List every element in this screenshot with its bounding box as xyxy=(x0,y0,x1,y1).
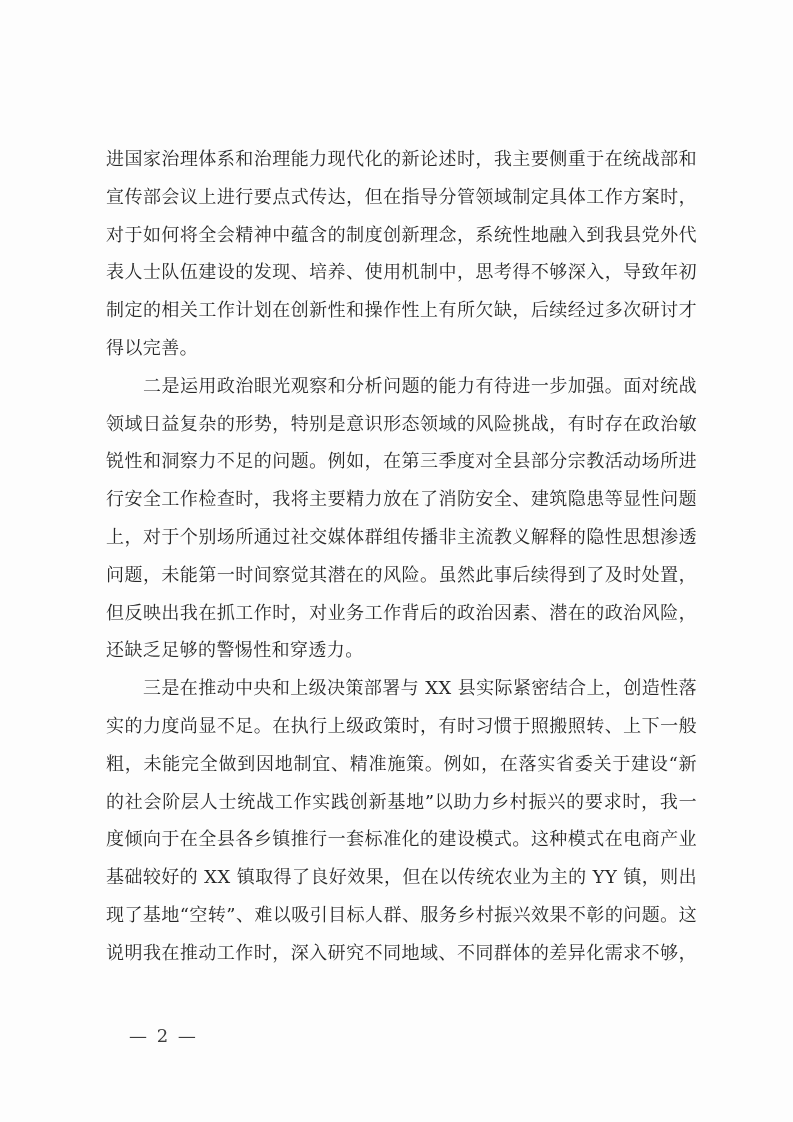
text-line: 进国家治理体系和治理能力现代化的新论述时，我主要侧重于在统战部和 xyxy=(106,141,697,179)
paragraph-2: 二是运用政治眼光观察和分析问题的能力有待进一步加强。面对统战 领域日益复杂的形势… xyxy=(106,368,697,670)
paragraph-3: 三是在推动中央和上级决策部署与 XX 县实际紧密结合上，创造性落 实的力度尚显不… xyxy=(106,670,697,972)
text-line: 锐性和洞察力不足的问题。例如，在第三季度对全县部分宗教活动场所进 xyxy=(106,443,697,481)
text-line: 现了基地“空转”、难以吸引目标人群、服务乡村振兴效果不彰的问题。这 xyxy=(106,897,697,935)
text-line: 对于如何将全会精神中蕴含的制度创新理念，系统性地融入到我县党外代 xyxy=(106,217,697,255)
document-body: 进国家治理体系和治理能力现代化的新论述时，我主要侧重于在统战部和 宣传部会议上进… xyxy=(106,141,697,973)
text-line: 表人士队伍建设的发现、培养、使用机制中，思考得不够深入，导致年初 xyxy=(106,254,697,292)
text-line: 粗，未能完全做到因地制宜、精准施策。例如，在落实省委关于建设“新 xyxy=(106,746,697,784)
text-line: 基础较好的 XX 镇取得了良好效果，但在以传统农业为主的 YY 镇，则出 xyxy=(106,859,697,897)
text-line: 得以完善。 xyxy=(106,330,697,368)
text-line: 说明我在推动工作时，深入研究不同地域、不同群体的差异化需求不够， xyxy=(106,935,697,973)
text-line: 问题，未能第一时间察觉其潜在的风险。虽然此事后续得到了及时处置， xyxy=(106,557,697,595)
text-line: 行安全工作检查时，我将主要精力放在了消防安全、建筑隐患等显性问题 xyxy=(106,481,697,519)
text-line: 实的力度尚显不足。在执行上级政策时，有时习惯于照搬照转、上下一般 xyxy=(106,708,697,746)
paragraph-1: 进国家治理体系和治理能力现代化的新论述时，我主要侧重于在统战部和 宣传部会议上进… xyxy=(106,141,697,368)
document-page: 进国家治理体系和治理能力现代化的新论述时，我主要侧重于在统战部和 宣传部会议上进… xyxy=(0,0,793,1122)
text-line: 度倾向于在全县各乡镇推行一套标准化的建设模式。这种模式在电商产业 xyxy=(106,821,697,859)
text-line: 二是运用政治眼光观察和分析问题的能力有待进一步加强。面对统战 xyxy=(106,368,697,406)
page-number: — 2 — xyxy=(129,1026,198,1048)
text-line: 但反映出我在抓工作时，对业务工作背后的政治因素、潜在的政治风险， xyxy=(106,595,697,633)
text-line: 还缺乏足够的警惕性和穿透力。 xyxy=(106,632,697,670)
text-line: 宣传部会议上进行要点式传达，但在指导分管领域制定具体工作方案时， xyxy=(106,179,697,217)
text-line: 的社会阶层人士统战工作实践创新基地”以助力乡村振兴的要求时，我一 xyxy=(106,784,697,822)
text-line: 上，对于个别场所通过社交媒体群组传播非主流教义解释的隐性思想渗透 xyxy=(106,519,697,557)
text-line: 三是在推动中央和上级决策部署与 XX 县实际紧密结合上，创造性落 xyxy=(106,670,697,708)
text-line: 领域日益复杂的形势，特别是意识形态领域的风险挑战，有时存在政治敏 xyxy=(106,406,697,444)
text-line: 制定的相关工作计划在创新性和操作性上有所欠缺，后续经过多次研讨才 xyxy=(106,292,697,330)
